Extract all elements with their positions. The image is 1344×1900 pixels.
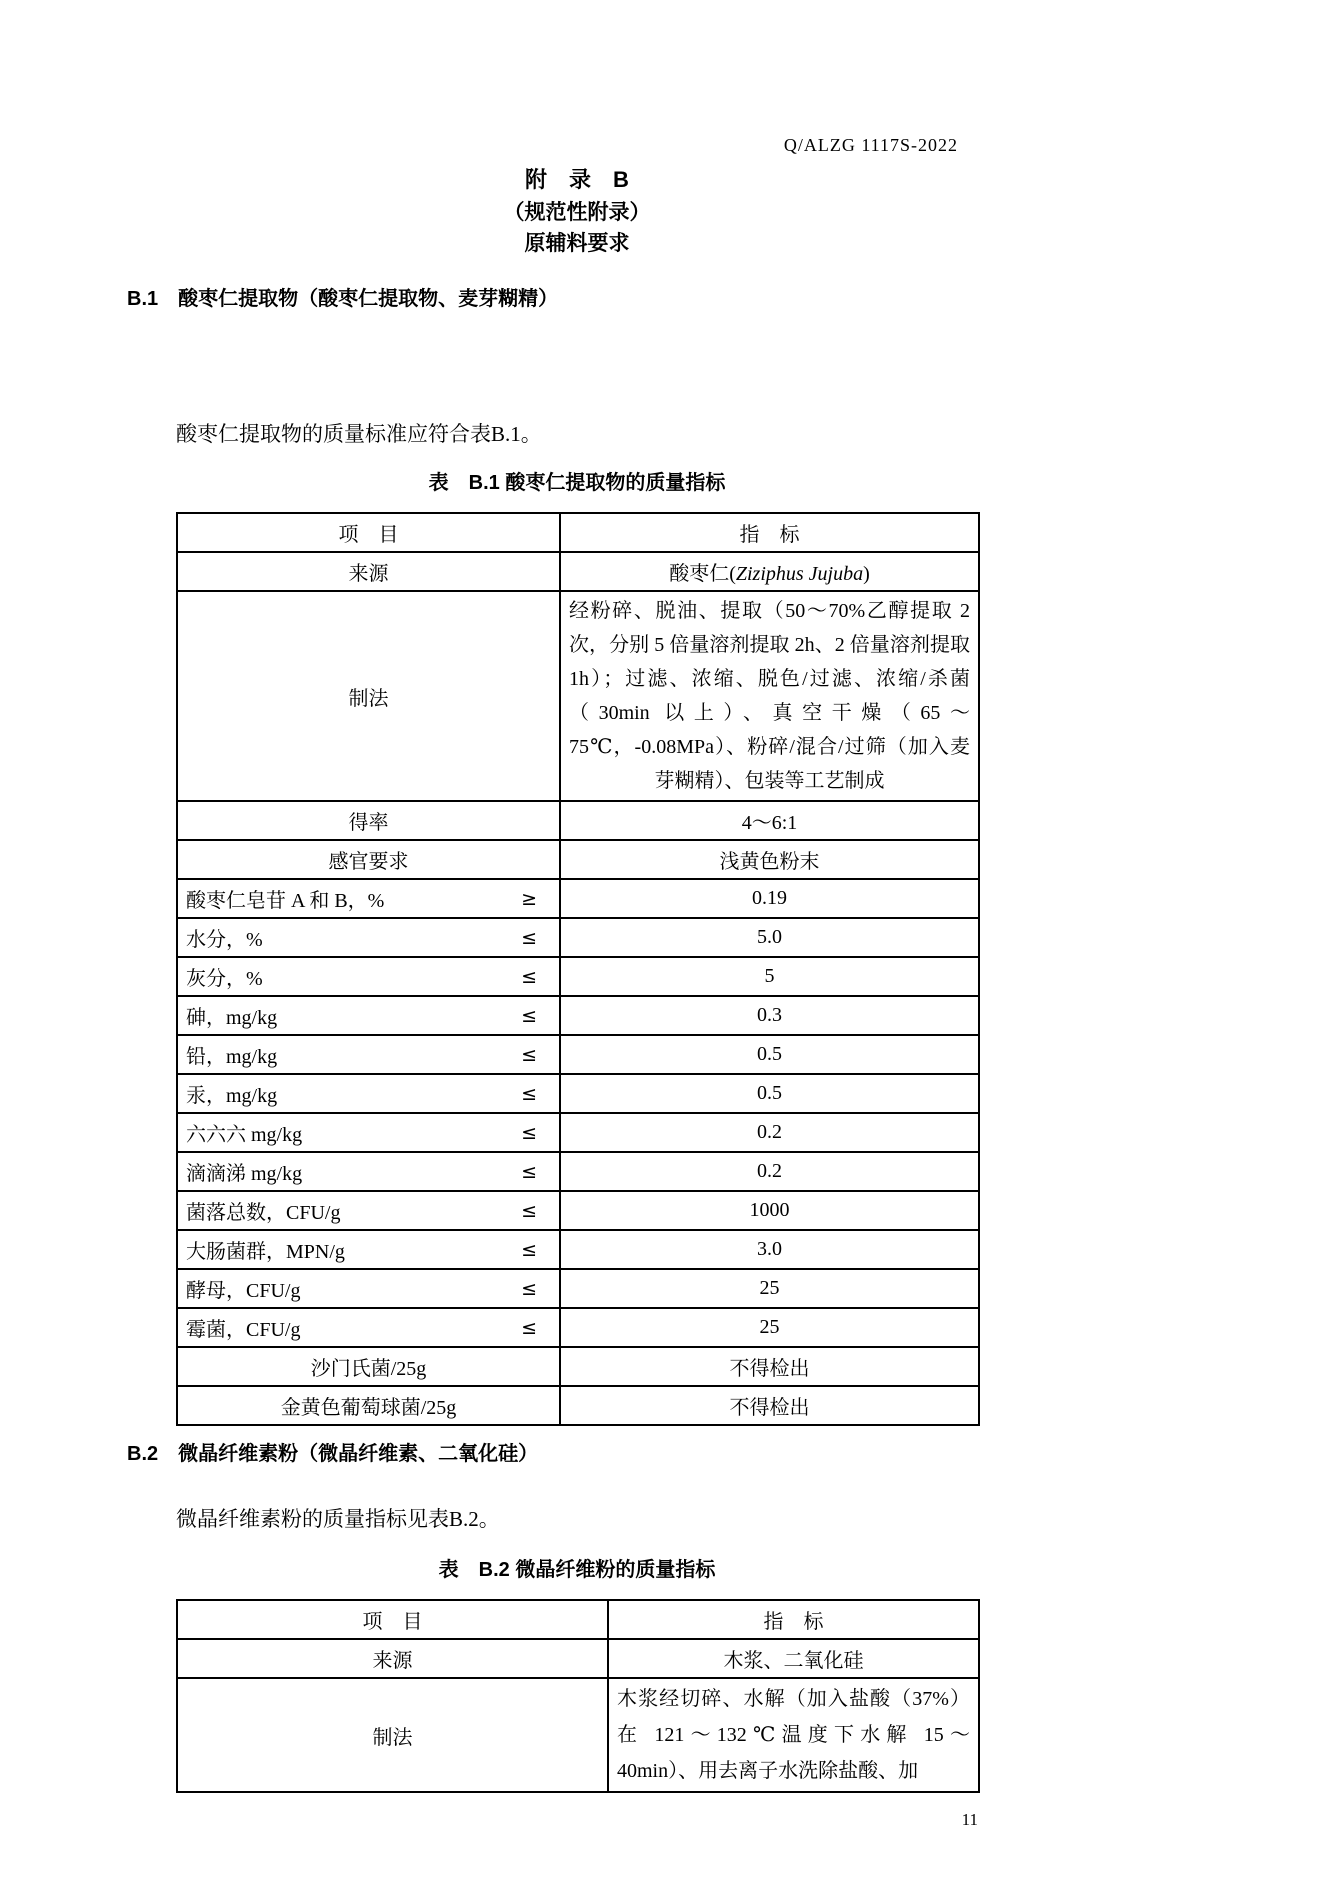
table-row-limit: 铅，mg/kg≤ 0.5 [177, 1035, 979, 1074]
table-b2-header-row: 项 目 指 标 [177, 1600, 979, 1639]
table-row-limit: 大肠菌群，MPN/g≤ 3.0 [177, 1230, 979, 1269]
table-row-limit: 砷，mg/kg≤ 0.3 [177, 996, 979, 1035]
appendix-title: 附 录 B [176, 163, 978, 194]
table-row-method: 制法 经粉碎、脱油、提取（50～70%乙醇提取 2 次，分别 5 倍量溶剂提取 … [177, 591, 979, 801]
limit-value: 0.19 [560, 879, 979, 918]
limit-op: ≤ [521, 1122, 551, 1144]
table-b1-header-item: 项 目 [177, 513, 560, 552]
limit-value: 5.0 [560, 918, 979, 957]
detect-label: 沙门氏菌/25g [177, 1347, 560, 1386]
table-row-limit: 菌落总数，CFU/g≤ 1000 [177, 1191, 979, 1230]
limit-cell: 霉菌，CFU/g≤ [177, 1308, 560, 1347]
sensory-label: 感官要求 [177, 840, 560, 879]
limit-cell: 酸枣仁皂苷 A 和 B，%≥ [177, 879, 560, 918]
table-row-limit: 六六六 mg/kg≤ 0.2 [177, 1113, 979, 1152]
limit-cell: 菌落总数，CFU/g≤ [177, 1191, 560, 1230]
limit-label: 六六六 mg/kg [186, 1118, 302, 1147]
table-row-source: 来源 酸枣仁(Ziziphus Jujuba) [177, 552, 979, 591]
table-row-limit: 汞，mg/kg≤ 0.5 [177, 1074, 979, 1113]
table-row-limit: 酸枣仁皂苷 A 和 B，%≥ 0.19 [177, 879, 979, 918]
table-row-yield: 得率 4～6:1 [177, 801, 979, 840]
limit-op: ≤ [521, 1278, 551, 1300]
table-b2: 项 目 指 标 来源 木浆、二氧化硅 制法 木浆经切碎、水解（加入盐酸（37%）… [176, 1599, 980, 1793]
limit-label: 霉菌，CFU/g [186, 1313, 300, 1342]
table-b2-caption: 表 B.2 微晶纤维粉的质量指标 [176, 1553, 978, 1582]
limit-op: ≤ [521, 927, 551, 949]
table-row-limit: 酵母，CFU/g≤ 25 [177, 1269, 979, 1308]
limit-cell: 大肠菌群，MPN/g≤ [177, 1230, 560, 1269]
limit-label: 菌落总数，CFU/g [186, 1196, 340, 1225]
table-row-method: 制法 木浆经切碎、水解（加入盐酸（37%）在 121～132℃温度下水解 15～… [177, 1678, 979, 1792]
limit-cell: 砷，mg/kg≤ [177, 996, 560, 1035]
limit-op: ≤ [521, 1044, 551, 1066]
limit-op: ≤ [521, 1161, 551, 1183]
page-number: 11 [962, 1810, 978, 1830]
limit-label: 大肠菌群，MPN/g [186, 1235, 345, 1264]
sensory-value: 浅黄色粉末 [560, 840, 979, 879]
limit-value: 0.5 [560, 1074, 979, 1113]
source-label: 来源 [177, 1639, 608, 1678]
table-b1-caption: 表 B.1 酸枣仁提取物的质量指标 [176, 466, 978, 495]
appendix-heading: 原辅料要求 [176, 227, 978, 257]
limit-label: 灰分，% [186, 962, 263, 991]
limit-label: 砷，mg/kg [186, 1001, 277, 1030]
limit-cell: 水分，%≤ [177, 918, 560, 957]
document-page: Q/ALZG 1117S-2022 附 录 B （规范性附录） 原辅料要求 B.… [0, 0, 1344, 1900]
limit-value: 3.0 [560, 1230, 979, 1269]
limit-op: ≤ [521, 1200, 551, 1222]
limit-label: 铅，mg/kg [186, 1040, 277, 1069]
table-b2-header-item: 项 目 [177, 1600, 608, 1639]
section-b2-heading: B.2 微晶纤维素粉（微晶纤维素、二氧化硅） [127, 1437, 538, 1466]
yield-value: 4～6:1 [560, 801, 979, 840]
source-value-latin: Ziziphus Jujuba [736, 563, 863, 585]
limit-value: 0.3 [560, 996, 979, 1035]
method-label: 制法 [177, 591, 560, 801]
detect-label: 金黄色葡萄球菌/25g [177, 1386, 560, 1425]
limit-op: ≤ [521, 1317, 551, 1339]
table-b1-header-spec: 指 标 [560, 513, 979, 552]
limit-value: 25 [560, 1308, 979, 1347]
limit-op: ≤ [521, 966, 551, 988]
detect-value: 不得检出 [560, 1386, 979, 1425]
limit-value: 0.5 [560, 1035, 979, 1074]
limit-label: 水分，% [186, 923, 263, 952]
table-row-limit: 霉菌，CFU/g≤ 25 [177, 1308, 979, 1347]
limit-cell: 铅，mg/kg≤ [177, 1035, 560, 1074]
table-row-detect: 沙门氏菌/25g 不得检出 [177, 1347, 979, 1386]
table-b1-header-row: 项 目 指 标 [177, 513, 979, 552]
table-row-source: 来源 木浆、二氧化硅 [177, 1639, 979, 1678]
limit-cell: 酵母，CFU/g≤ [177, 1269, 560, 1308]
yield-label: 得率 [177, 801, 560, 840]
limit-label: 汞，mg/kg [186, 1079, 277, 1108]
table-row-detect: 金黄色葡萄球菌/25g 不得检出 [177, 1386, 979, 1425]
source-value: 酸枣仁(Ziziphus Jujuba) [560, 552, 979, 591]
limit-value: 0.2 [560, 1113, 979, 1152]
section-b1-heading: B.1 酸枣仁提取物（酸枣仁提取物、麦芽糊精） [127, 282, 558, 311]
detect-value: 不得检出 [560, 1347, 979, 1386]
limit-cell: 滴滴涕 mg/kg≤ [177, 1152, 560, 1191]
doc-code: Q/ALZG 1117S-2022 [784, 135, 958, 156]
source-value-close: ) [863, 563, 870, 585]
limit-value: 5 [560, 957, 979, 996]
table-row-limit: 灰分，%≤ 5 [177, 957, 979, 996]
limit-cell: 汞，mg/kg≤ [177, 1074, 560, 1113]
section-b1-intro: 酸枣仁提取物的质量标准应符合表B.1。 [176, 418, 542, 448]
limit-cell: 灰分，%≤ [177, 957, 560, 996]
method-label: 制法 [177, 1678, 608, 1792]
limit-value: 25 [560, 1269, 979, 1308]
appendix-subtitle: （规范性附录） [176, 196, 978, 226]
section-b2-intro: 微晶纤维素粉的质量指标见表B.2。 [176, 1503, 500, 1533]
source-value-cn: 酸枣仁( [669, 563, 736, 585]
method-value: 木浆经切碎、水解（加入盐酸（37%）在 121～132℃温度下水解 15～40m… [608, 1678, 979, 1792]
source-value: 木浆、二氧化硅 [608, 1639, 979, 1678]
limit-op: ≥ [521, 888, 551, 910]
limit-label: 滴滴涕 mg/kg [186, 1157, 302, 1186]
table-b1: 项 目 指 标 来源 酸枣仁(Ziziphus Jujuba) 制法 经粉碎、脱… [176, 512, 980, 1426]
limit-op: ≤ [521, 1083, 551, 1105]
limit-label: 酸枣仁皂苷 A 和 B，% [186, 884, 384, 913]
method-value: 经粉碎、脱油、提取（50～70%乙醇提取 2 次，分别 5 倍量溶剂提取 2h、… [560, 591, 979, 801]
source-label: 来源 [177, 552, 560, 591]
table-row-limit: 水分，%≤ 5.0 [177, 918, 979, 957]
table-row-limit: 滴滴涕 mg/kg≤ 0.2 [177, 1152, 979, 1191]
limit-value: 0.2 [560, 1152, 979, 1191]
limit-op: ≤ [521, 1005, 551, 1027]
table-row-sensory: 感官要求 浅黄色粉末 [177, 840, 979, 879]
table-b2-header-spec: 指 标 [608, 1600, 979, 1639]
limit-cell: 六六六 mg/kg≤ [177, 1113, 560, 1152]
limit-label: 酵母，CFU/g [186, 1274, 300, 1303]
limit-value: 1000 [560, 1191, 979, 1230]
limit-op: ≤ [521, 1239, 551, 1261]
